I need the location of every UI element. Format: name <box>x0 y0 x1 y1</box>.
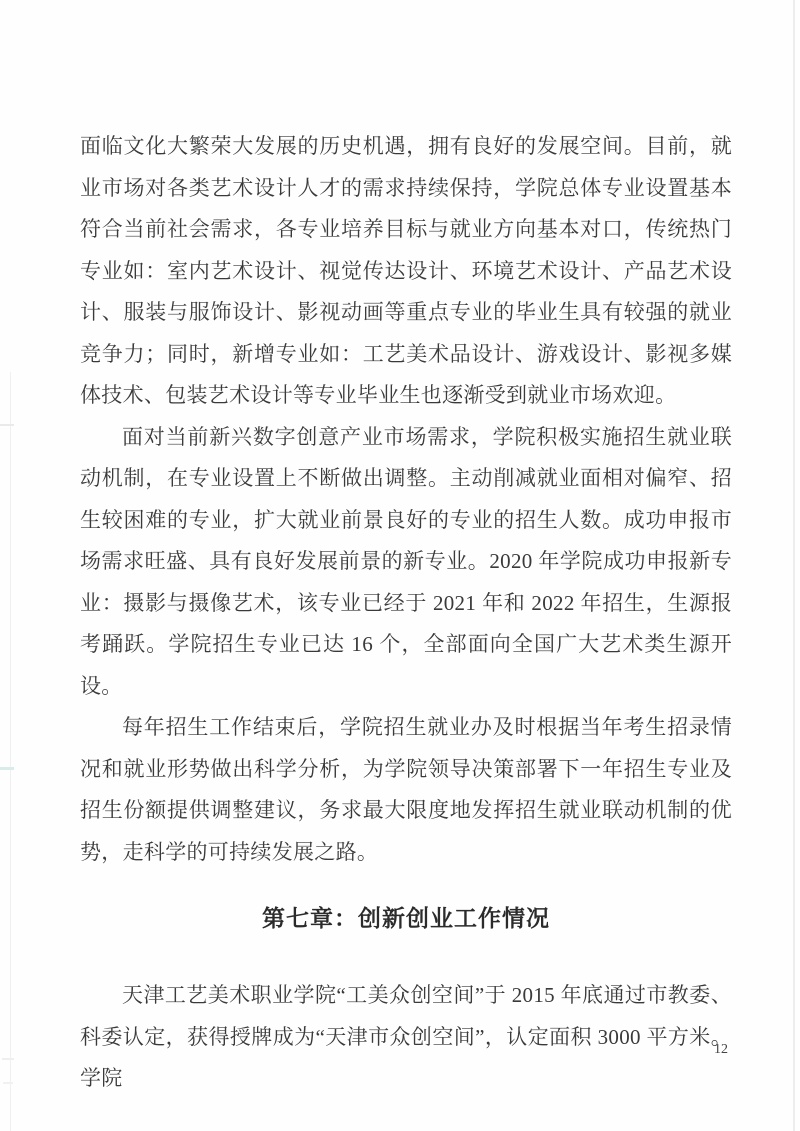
page-content: 面临文化大繁荣大发展的历史机遇，拥有良好的发展空间。目前，就业市场对各类艺术设计… <box>80 126 732 1100</box>
document-page: 面临文化大繁荣大发展的历史机遇，拥有良好的发展空间。目前，就业市场对各类艺术设计… <box>0 0 800 1131</box>
scan-mark-artifact <box>0 424 14 426</box>
scan-edge-left-artifact <box>10 372 11 1131</box>
body-paragraph: 每年招生工作结束后，学院招生就业办及时根据当年考生招录情况和就业形势做出科学分析… <box>80 707 732 873</box>
chapter-heading: 第七章：创新创业工作情况 <box>80 903 732 933</box>
scan-mark-artifact <box>0 767 14 770</box>
body-paragraph: 面对当前新兴数字创意产业市场需求，学院积极实施招生就业联动机制，在专业设置上不断… <box>80 417 732 708</box>
scan-edge-right-artifact <box>793 0 795 1131</box>
body-paragraph: 天津工艺美术职业学院“工美众创空间”于 2015 年底通过市教委、科委认定，获得… <box>80 975 732 1100</box>
page-number: 12 <box>714 1042 728 1058</box>
scan-mark-artifact <box>2 1058 14 1060</box>
scan-mark-artifact <box>3 1082 13 1084</box>
body-paragraph: 面临文化大繁荣大发展的历史机遇，拥有良好的发展空间。目前，就业市场对各类艺术设计… <box>80 126 732 417</box>
